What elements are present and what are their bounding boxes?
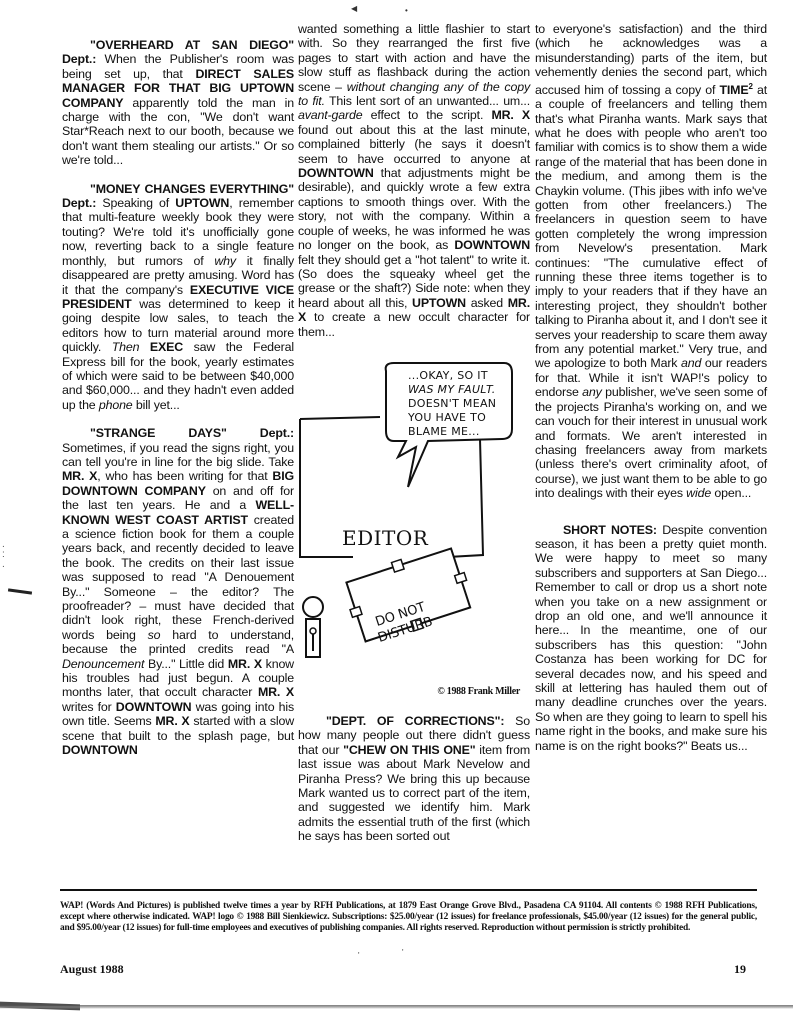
balloon-line: DOESN'T MEAN <box>408 397 518 411</box>
scan-speck: • <box>405 6 408 15</box>
item-heading: SHORT NOTES: <box>563 523 657 537</box>
item-heading: "STRANGE DAYS" <box>90 426 260 440</box>
footer-rule <box>60 889 757 891</box>
speech-balloon-text: ...OKAY, SO IT WAS MY FAULT. DOESN'T MEA… <box>408 369 518 439</box>
item-heading: "OVERHEARD AT SAN DIEGO" <box>90 38 294 52</box>
column-right: to everyone's satisfaction) and the thir… <box>535 22 767 767</box>
scan-edge <box>0 1005 793 1009</box>
scan-speck: ◀ <box>351 4 357 13</box>
column-middle: wanted something a little flashier to st… <box>298 22 530 858</box>
short-notes-item: SHORT NOTES: Despite convention season, … <box>535 523 767 754</box>
scan-mark <box>8 588 32 594</box>
article-continuation: to everyone's satisfaction) and the thir… <box>535 22 767 501</box>
door-label: EDITOR <box>342 531 428 545</box>
column-left: "OVERHEARD AT SAN DIEGO" Dept.: When the… <box>62 38 294 772</box>
gossip-item: "OVERHEARD AT SAN DIEGO" Dept.: When the… <box>62 38 294 168</box>
cartoon-credit: © 1988 Frank Miller <box>437 685 520 699</box>
editorial-cartoon: ...OKAY, SO IT WAS MY FAULT. DOESN'T MEA… <box>298 359 530 704</box>
article-continuation: wanted something a little flashier to st… <box>298 22 530 339</box>
page-number: 19 <box>734 962 746 977</box>
scan-speck: ' <box>358 951 360 960</box>
balloon-line: WAS MY FAULT. <box>408 383 518 397</box>
balloon-line: YOU HAVE TO <box>408 411 518 425</box>
balloon-line: BLAME ME... <box>408 425 518 439</box>
gossip-item: "MONEY CHANGES EVERYTHING" Dept.: Speaki… <box>62 182 294 413</box>
item-heading: "MONEY CHANGES EVERYTHING" <box>90 182 294 196</box>
balloon-line: ...OKAY, SO IT <box>408 369 518 383</box>
scan-speck: .:. <box>2 540 5 570</box>
scan-speck: ' <box>402 948 404 957</box>
issue-date: August 1988 <box>60 962 124 977</box>
item-heading: "DEPT. OF CORRECTIONS": <box>326 714 504 728</box>
colophon: WAP! (Words And Pictures) is published t… <box>60 901 757 933</box>
gossip-item: "STRANGE DAYS" Dept.: Sometimes, if you … <box>62 426 294 757</box>
corrections-item: "DEPT. OF CORRECTIONS": So how many peop… <box>298 714 530 844</box>
